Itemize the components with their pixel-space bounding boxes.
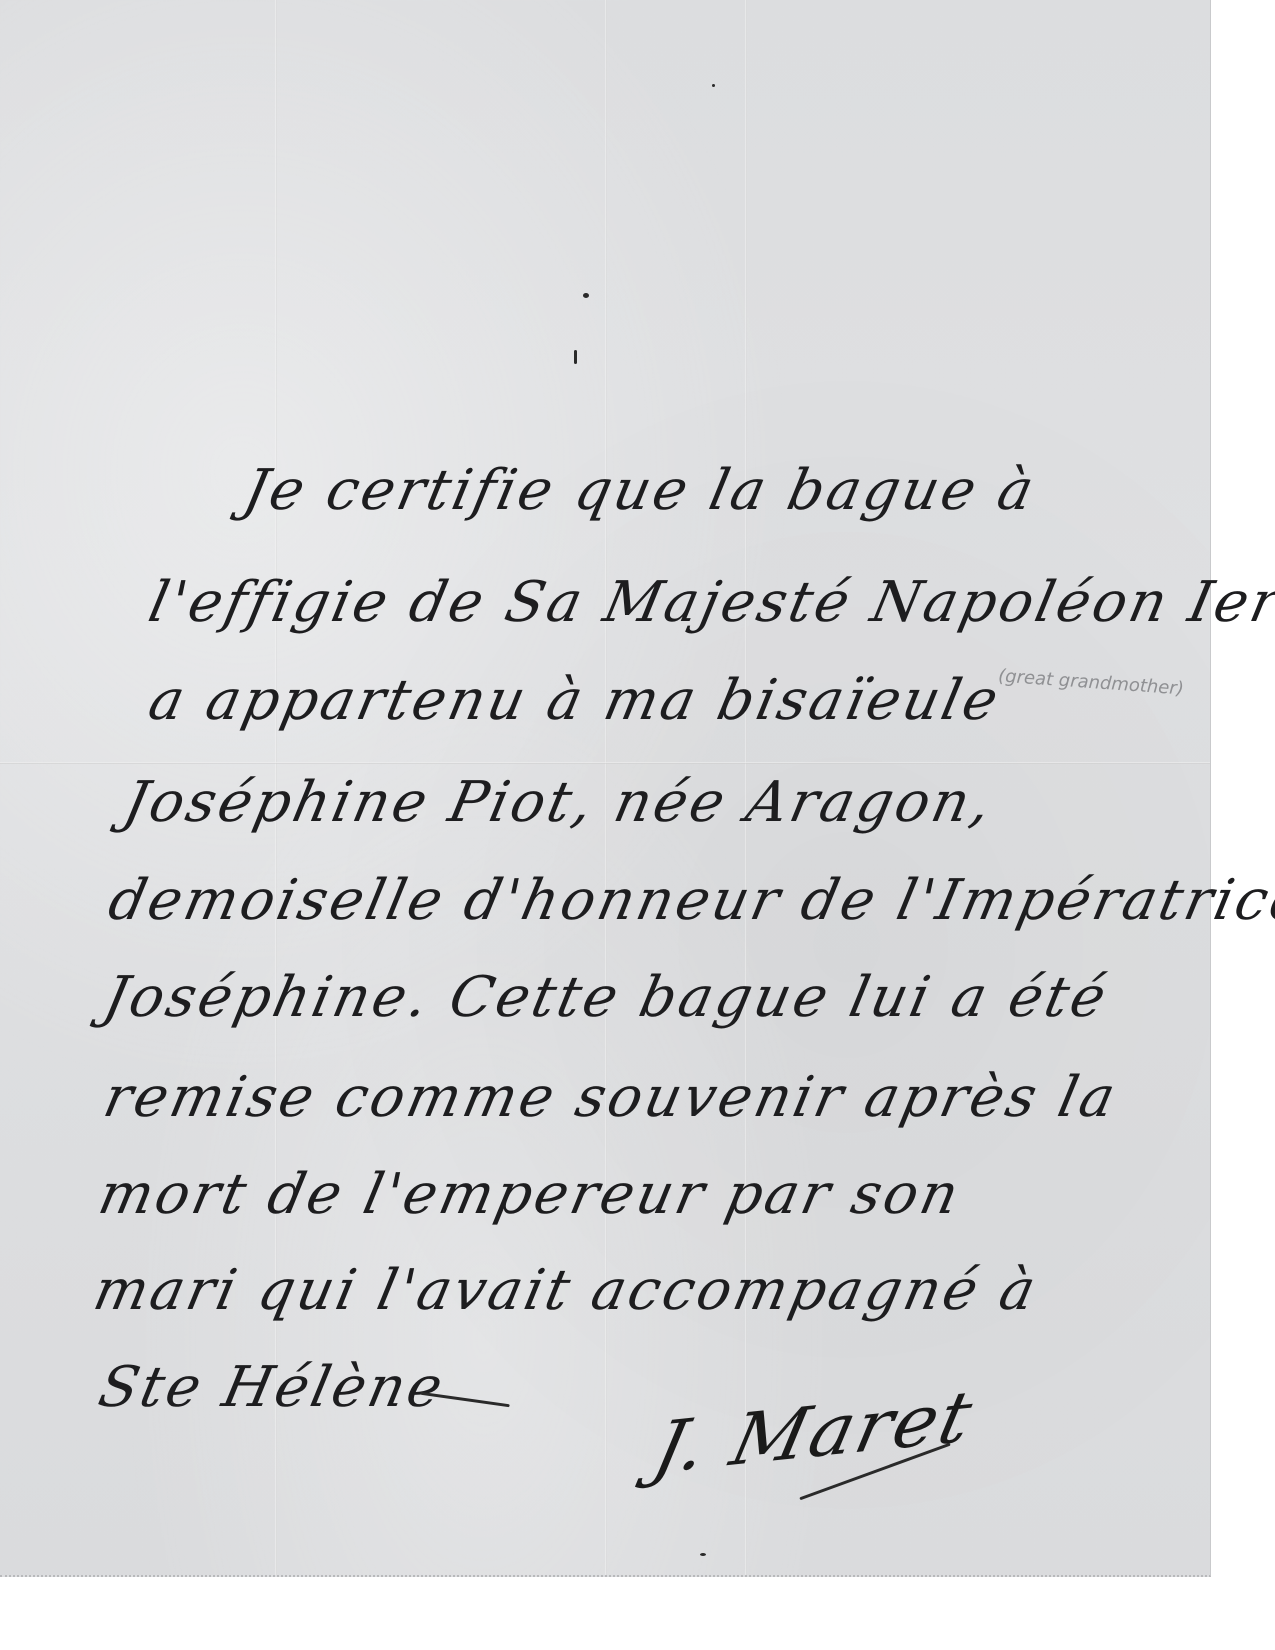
ink-speck: [712, 84, 715, 87]
letter-line-10: Ste Hélène: [93, 1355, 451, 1420]
pencil-annotation: (great grandmother): [997, 666, 1184, 700]
letter-line-7: remise comme souvenir après la: [98, 1065, 1123, 1130]
letter-line-8: mort de l'empereur par son: [93, 1162, 967, 1227]
letter-paper: Je certifie que la bague à l'effigie de …: [0, 0, 1211, 1577]
letter-line-1: Je certifie que la bague à: [238, 458, 1042, 523]
signature: J. Maret: [646, 1374, 981, 1490]
letter-line-9: mari qui l'avait accompagné à: [88, 1258, 1044, 1323]
letter-line-6: Joséphine. Cette bague lui a été: [98, 965, 1114, 1030]
fold-crease-horizontal: [0, 762, 1210, 764]
letter-line-2: l'effigie de Sa Majesté Napoléon Ier: [143, 570, 1275, 635]
letter-line-4: Joséphine Piot, née Aragon,: [118, 770, 999, 835]
ink-speck: [700, 1553, 706, 1556]
ink-speck: [574, 350, 577, 364]
ink-speck: [583, 293, 589, 298]
letter-line-3: a appartenu à ma bisaïeule: [143, 668, 1006, 733]
letter-line-5: demoiselle d'honneur de l'Impératrice: [103, 868, 1275, 933]
